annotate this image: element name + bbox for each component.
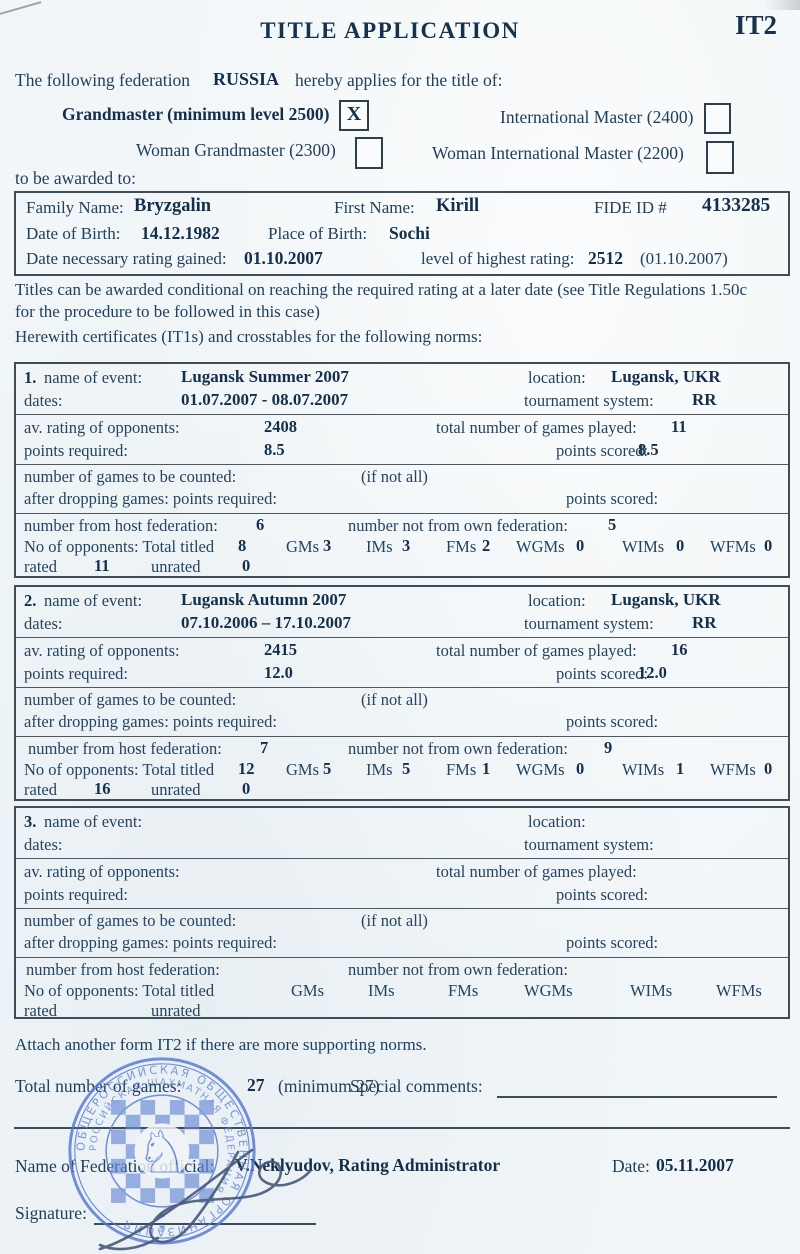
n1-wgms-label: WGMs [516,537,565,557]
n1-host-value: 6 [256,515,264,535]
herewith-note: Herewith certificates (IT1s) and crossta… [15,327,482,347]
n1-host-label: number from host federation: [24,516,218,536]
n1-dropscored-label: points scored: [566,489,658,509]
wgm-checkbox [355,137,383,169]
n2-host-label: number from host federation: [28,739,222,759]
n2-afterdrop-label: after dropping games: points required: [24,712,277,732]
divider [16,687,788,688]
n2-number: 2. [24,591,36,611]
n2-ims-value: 5 [402,759,410,779]
rating-gained-label: Date necessary rating gained: [26,249,227,269]
title-option-gm-label: Grandmaster (minimum level 2500) [62,104,330,125]
n2-totalgames-value: 16 [671,640,688,660]
norm-2-box: 2. name of event: Lugansk Autumn 2007 lo… [14,585,790,801]
n1-ifnotall-label: (if not all) [361,467,428,487]
n2-ptsscored-value: 12.0 [638,663,667,683]
n2-avrating-label: av. rating of opponents: [24,641,180,661]
n3-opponents-label: No of opponents: Total titled [24,981,214,1001]
rating-gained-value: 01.10.2007 [244,248,323,269]
n3-ifnotall-label: (if not all) [361,911,428,931]
n1-opponents-label: No of opponents: Total titled [24,537,214,557]
n2-system-value: RR [692,613,717,633]
scan-edge-smudge [764,0,800,10]
n2-fms-label: FMs [446,760,476,780]
norm-1-box: 1. name of event: Lugansk Summer 2007 lo… [14,362,790,578]
n1-wgms-value: 0 [576,536,584,556]
divider [16,464,788,465]
first-name-label: First Name: [334,198,415,218]
n2-opponents-label: No of opponents: Total titled [24,760,214,780]
n1-wims-label: WIMs [622,537,664,557]
n1-wims-value: 0 [676,536,684,556]
n3-event-label: name of event: [44,812,142,832]
n3-number: 3. [24,812,36,832]
first-name-value: Kirill [436,196,479,217]
n2-rated-value: 16 [94,779,111,799]
n2-location-label: location: [528,591,586,611]
special-comments-line [497,1096,777,1098]
special-comments-label: Special comments: [350,1076,483,1097]
n3-notown-label: number not from own federation: [348,960,568,980]
n1-fms-value: 2 [482,536,490,556]
pob-label: Place of Birth: [268,224,367,244]
n1-dates-label: dates: [24,391,63,411]
n1-ptsreq-label: points required: [24,441,128,461]
fide-id-label: FIDE ID # [594,198,667,218]
n1-ims-value: 3 [402,536,410,556]
divider [16,414,788,415]
n3-ptsreq-label: points required: [24,885,128,905]
n2-wfms-label: WFMs [710,760,756,780]
n2-gamescounted-label: number of games to be counted: [24,690,236,710]
highest-rating-value: 2512 [588,248,623,269]
n2-notown-label: number not from own federation: [348,739,568,759]
date-label: Date: [612,1156,650,1177]
n1-wfms-value: 0 [764,536,772,556]
n2-ptsscored-label: points scored: [556,664,648,684]
n2-unrated-label: unrated [151,780,200,800]
n1-gamescounted-label: number of games to be counted: [24,467,236,487]
n2-wgms-label: WGMs [516,760,565,780]
n1-number: 1. [24,368,36,388]
n1-dates-value: 01.07.2007 - 08.07.2007 [181,390,348,410]
n1-gms-label: GMs [286,537,319,557]
form-code: IT2 [735,10,777,41]
divider [16,957,788,958]
n2-dates-value: 07.10.2006 – 17.10.2007 [181,613,351,633]
intro-suffix: hereby applies for the title of: [295,70,503,91]
n3-gamescounted-label: number of games to be counted: [24,911,236,931]
n2-dates-label: dates: [24,614,63,634]
n1-event-label: name of event: [44,368,142,388]
title-application-form: TITLE APPLICATION IT2 The following fede… [0,0,800,1254]
n1-unrated-value: 0 [242,556,250,576]
n1-avrating-label: av. rating of opponents: [24,418,180,438]
family-name-label: Family Name: [26,198,124,218]
n1-titled-value: 8 [238,536,246,556]
n1-event-value: Lugansk Summer 2007 [181,367,349,387]
wim-checkbox [706,141,734,174]
n2-avrating-value: 2415 [264,640,297,660]
scan-corner-artifact [0,1,41,17]
n1-rated-value: 11 [94,556,110,576]
date-value: 05.11.2007 [656,1155,734,1176]
highest-rating-date: (01.10.2007) [640,249,728,269]
n3-host-label: number from host federation: [26,960,220,980]
n3-system-label: tournament system: [524,835,654,855]
n3-wims-label: WIMs [630,981,672,1001]
n3-location-label: location: [528,812,586,832]
federation-value: RUSSIA [213,69,279,90]
n3-afterdrop-label: after dropping games: points required: [24,933,277,953]
n1-totalgames-label: total number of games played: [436,418,637,438]
n3-wfms-label: WFMs [716,981,762,1001]
intro-prefix: The following federation [15,70,190,91]
n2-wfms-value: 0 [764,759,772,779]
n1-gms-value: 3 [323,536,331,556]
n2-host-value: 7 [260,738,268,758]
divider [16,908,788,909]
page-title: TITLE APPLICATION [0,18,780,44]
im-checkbox [704,103,731,134]
n1-wfms-label: WFMs [710,537,756,557]
title-option-wim-label: Woman International Master (2200) [432,143,684,164]
dob-label: Date of Birth: [26,224,120,244]
n1-system-value: RR [692,390,717,410]
n3-fms-label: FMs [448,981,478,1001]
awarded-to-label: to be awarded to: [15,168,136,189]
n2-ims-label: IMs [366,760,393,780]
n2-unrated-value: 0 [242,779,250,799]
family-name-value: Bryzgalin [134,196,211,217]
n3-dropscored-label: points scored: [566,933,658,953]
n2-fms-value: 1 [482,759,490,779]
n2-wims-value: 1 [676,759,684,779]
n1-ptsscored-label: points scored: [556,441,648,461]
fide-id-value: 4133285 [702,195,770,217]
n3-ims-label: IMs [368,981,395,1001]
n1-totalgames-value: 11 [671,417,687,437]
n1-ptsreq-value: 8.5 [264,440,285,460]
dob-value: 14.12.1982 [141,223,220,244]
n1-ptsscored-value: 8.5 [638,440,659,460]
conditional-note-line1: Titles can be awarded conditional on rea… [15,280,747,300]
divider [16,736,788,737]
n1-notown-label: number not from own federation: [348,516,568,536]
n2-totalgames-label: total number of games played: [436,641,637,661]
n2-event-label: name of event: [44,591,142,611]
n3-dates-label: dates: [24,835,63,855]
n2-ptsreq-value: 12.0 [264,663,293,683]
n3-avrating-label: av. rating of opponents: [24,862,180,882]
n2-notown-value: 9 [604,738,612,758]
n2-titled-value: 12 [238,759,255,779]
n2-ifnotall-label: (if not all) [361,690,428,710]
gm-checkbox-mark: X [347,103,361,125]
n1-avrating-value: 2408 [264,417,297,437]
gm-checkbox: X [339,100,369,131]
n3-unrated-label: unrated [151,1001,200,1021]
n3-gms-label: GMs [291,981,324,1001]
n3-ptsscored-label: points scored: [556,885,648,905]
highest-rating-label: level of highest rating: [421,249,574,269]
n1-rated-label: rated [24,557,57,577]
title-option-im-label: International Master (2400) [500,107,693,128]
n2-rated-label: rated [24,780,57,800]
n2-event-value: Lugansk Autumn 2007 [181,590,346,610]
conditional-note-line2: for the procedure to be followed in this… [15,302,320,322]
n3-rated-label: rated [24,1001,57,1021]
n1-unrated-label: unrated [151,557,200,577]
divider [16,858,788,859]
n2-wims-label: WIMs [622,760,664,780]
n3-wgms-label: WGMs [524,981,573,1001]
n1-fms-label: FMs [446,537,476,557]
n2-location-value: Lugansk, UKR [611,590,721,610]
divider [16,637,788,638]
title-option-wgm-label: Woman Grandmaster (2300) [136,140,336,161]
n2-system-label: tournament system: [524,614,654,634]
n1-afterdrop-label: after dropping games: points required: [24,489,277,509]
n2-ptsreq-label: points required: [24,664,128,684]
n1-ims-label: IMs [366,537,393,557]
n3-totalgames-label: total number of games played: [436,862,637,882]
n1-location-value: Lugansk, UKR [611,367,721,387]
n1-system-label: tournament system: [524,391,654,411]
person-box: Family Name: Bryzgalin First Name: Kiril… [14,191,790,276]
pob-value: Sochi [389,223,430,244]
n1-notown-value: 5 [608,515,616,535]
norm-3-box: 3. name of event: location: dates: tourn… [14,806,790,1019]
n2-gms-label: GMs [286,760,319,780]
divider [16,513,788,514]
signature-scribble [60,1140,350,1254]
n2-gms-value: 5 [323,759,331,779]
n1-location-label: location: [528,368,586,388]
n2-dropscored-label: points scored: [566,712,658,732]
n2-wgms-value: 0 [576,759,584,779]
